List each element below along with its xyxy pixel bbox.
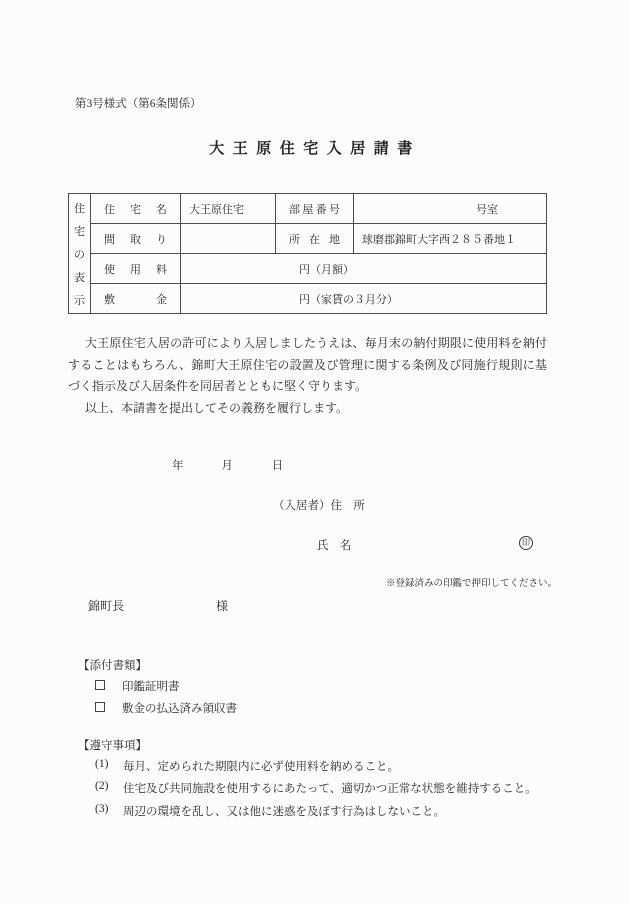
name-line: 氏 名 bbox=[317, 537, 352, 553]
side-header-char: 宅 bbox=[74, 223, 85, 239]
layout-value-cell bbox=[181, 224, 276, 254]
fee-value-cell: 円（月額） bbox=[181, 254, 547, 284]
table-side-header: 住 宅 の 表 示 bbox=[69, 194, 91, 314]
rule-item: (1) 毎月、定められた期限内に必ず使用料を納めること。 bbox=[95, 758, 399, 774]
pledge-body: 大王原住宅入居の許可により入居しましたうえは、毎月末の納付期限に使用料を納付する… bbox=[68, 333, 547, 419]
rule-number: (3) bbox=[95, 803, 123, 819]
rule-text: 住宅及び共同施設を使用するにあたって、適切かつ正常な状態を維持すること。 bbox=[123, 780, 537, 796]
side-header-vertical-text: 住 宅 の 表 示 bbox=[69, 200, 90, 308]
rule-text: 毎月、定められた期限内に必ず使用料を納めること。 bbox=[123, 758, 399, 774]
name-label: 氏 名 bbox=[317, 540, 352, 552]
page-title: 大王原住宅入居請書 bbox=[0, 137, 630, 158]
housing-name-label: 住宅名 bbox=[91, 194, 181, 224]
year-label: 年 bbox=[172, 460, 184, 472]
table-row: 使用料 円（月額） bbox=[69, 254, 547, 284]
location-value: 球磨郡錦町大字西２８５番地１ bbox=[354, 224, 547, 254]
month-label: 月 bbox=[221, 460, 233, 472]
day-label: 日 bbox=[272, 460, 284, 472]
checkbox-deposit-receipt[interactable] bbox=[95, 702, 105, 712]
attachment-label: 敷金の払込済み領収書 bbox=[122, 700, 237, 716]
attachment-label: 印鑑証明書 bbox=[122, 678, 180, 694]
side-header-char: の bbox=[74, 246, 85, 262]
rule-text: 周辺の環境を乱し、又は他に迷惑を及ぼす行為はしないこと。 bbox=[123, 803, 445, 819]
layout-label: 間取り bbox=[91, 224, 181, 254]
date-line: 年 月 日 bbox=[172, 457, 283, 473]
tenant-address-line: （入居者）住 所 bbox=[273, 497, 365, 513]
deposit-value-cell: 円（家賃の３月分） bbox=[181, 284, 547, 314]
attachment-item: 印鑑証明書 bbox=[95, 678, 180, 694]
side-header-char: 示 bbox=[74, 292, 85, 308]
address-label: 住 所 bbox=[331, 500, 366, 512]
document-page: 第3号様式（第6条関係） 大王原住宅入居請書 住 宅 の 表 示 住宅名 大王原… bbox=[0, 0, 630, 903]
deposit-label: 敷金 bbox=[91, 284, 181, 314]
checkbox-seal-certificate[interactable] bbox=[95, 680, 105, 690]
housing-details-table: 住 宅 の 表 示 住宅名 大王原住宅 部屋番号 号室 間取り 所在地 球磨郡錦… bbox=[68, 193, 547, 314]
side-header-char: 住 bbox=[74, 200, 85, 216]
room-number-value: 号室 bbox=[354, 194, 547, 224]
room-number-label: 部屋番号 bbox=[276, 194, 354, 224]
table-row: 間取り 所在地 球磨郡錦町大字西２８５番地１ bbox=[69, 224, 547, 254]
table-row: 住 宅 の 表 示 住宅名 大王原住宅 部屋番号 号室 bbox=[69, 194, 547, 224]
location-label: 所在地 bbox=[276, 224, 354, 254]
seal-mark-icon: 印 bbox=[519, 536, 533, 550]
honorific-label: 様 bbox=[216, 599, 228, 613]
table-row: 敷金 円（家賃の３月分） bbox=[69, 284, 547, 314]
tenant-label: （入居者） bbox=[273, 500, 331, 512]
rule-number: (1) bbox=[95, 758, 123, 774]
rule-item: (2) 住宅及び共同施設を使用するにあたって、適切かつ正常な状態を維持すること。 bbox=[95, 780, 537, 796]
rules-header: 【遵守事項】 bbox=[78, 737, 147, 753]
side-header-char: 表 bbox=[74, 269, 85, 285]
form-number: 第3号様式（第6条関係） bbox=[75, 95, 202, 111]
rule-number: (2) bbox=[95, 780, 123, 796]
pledge-paragraph-2: 以上、本請書を提出してその義務を履行します。 bbox=[68, 398, 547, 420]
addressee-line: 錦町長様 bbox=[88, 597, 228, 614]
mayor-label: 錦町長 bbox=[88, 599, 124, 613]
rule-item: (3) 周辺の環境を乱し、又は他に迷惑を及ぼす行為はしないこと。 bbox=[95, 803, 445, 819]
attachment-item: 敷金の払込済み領収書 bbox=[95, 700, 237, 716]
seal-note: ※登録済みの印鑑で押印してください。 bbox=[386, 575, 557, 589]
attachments-header: 【添付書類】 bbox=[78, 657, 147, 673]
pledge-paragraph-1: 大王原住宅入居の許可により入居しましたうえは、毎月末の納付期限に使用料を納付する… bbox=[68, 333, 547, 398]
fee-label: 使用料 bbox=[91, 254, 181, 284]
housing-name-value: 大王原住宅 bbox=[181, 194, 276, 224]
